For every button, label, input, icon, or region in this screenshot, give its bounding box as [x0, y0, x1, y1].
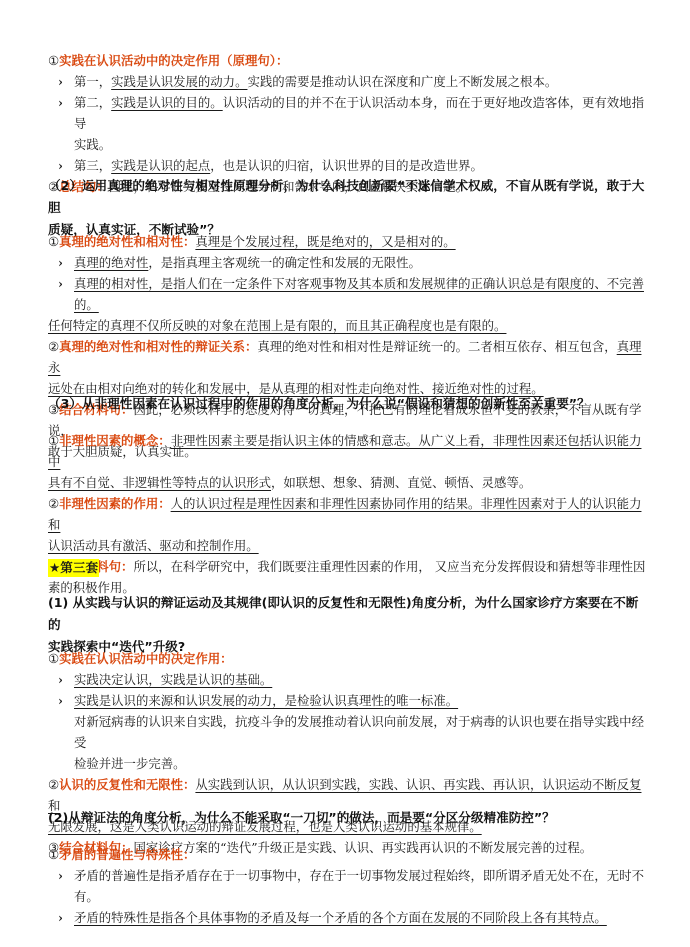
text-line: ②真理的绝对性和相对性的辩证关系：真理的绝对性和相对性是辩证统一的。二者相互依存… — [48, 336, 648, 378]
bullet-line: 实践是认识的来源和认识发展的动力，是检验认识真理性的唯一标准。 — [48, 690, 648, 711]
text-segment: （2）运用真理的绝对性与相对性原理分析，为什么科技创新要“不迷信学术权威，不盲从… — [48, 178, 644, 215]
text-segment: ① — [48, 433, 59, 448]
text-segment: 第二， — [74, 95, 111, 110]
underlined-key-text: 认识活动具有激活、驱动和控制作用。 — [48, 538, 259, 553]
text-line: ①矛盾的普遍性与特殊性： — [48, 844, 648, 865]
section-heading: ★第三套 — [48, 557, 648, 578]
text-segment: 检验并进一步完善。 — [74, 756, 186, 771]
question-heading: (2)从辩证法的角度分析，为什么不能采取“一刀切”的做法，而是要“分区分级精准防… — [48, 807, 648, 829]
text-segment: (1) 从实践与认识的辩证运动及其规律(即认识的反复性和无限性)角度分析，为什么… — [48, 595, 638, 632]
text-line: 任何特定的真理不仅所反映的对象在范围上是有限的，而且其正确程度也是有限的。 — [48, 315, 648, 336]
underlined-key-text: 矛盾的特殊性是指各个具体事物的矛盾及每一个矛盾的各个方面在发展的不同阶段上各有其… — [74, 910, 607, 925]
underlined-key-text: 实践是认识发展的动力。 — [111, 74, 247, 89]
section-title-highlight: ★第三套 — [48, 559, 99, 577]
text-segment: ② — [48, 777, 59, 792]
text-segment: ① — [48, 53, 59, 68]
text-segment: 第一， — [74, 74, 111, 89]
underlined-key-text: 具有不自觉、非逻辑性等特点的认识形式 — [48, 475, 271, 490]
point-label: 矛盾的普遍性与特殊性： — [59, 847, 195, 862]
text-segment: 实践的需要是推动认识在深度和广度上不断发展之根本。 — [247, 74, 557, 89]
text-segment: ，如联想、想象、猜测、直觉、顿悟、灵感等。 — [271, 475, 531, 490]
bullet-line: 第三，实践是认识的起点，也是认识的归宿，认识世界的目的是改造世界。 — [48, 155, 648, 176]
underlined-key-text: 实践是认识的来源和认识发展的动力，是检验认识真理性的唯一标准。 — [74, 693, 458, 708]
bullet-line: 第二，实践是认识的目的。认识活动的目的并不在于认识活动本身，而在于更好地改造客体… — [48, 92, 648, 134]
text-line: ②非理性因素的作用：人的认识过程是理性因素和非理性因素协同作用的结果。非理性因素… — [48, 493, 648, 535]
document-page: ①实践在认识活动中的决定作用（原理句）：第一，实践是认识发展的动力。实践的需要是… — [0, 0, 690, 947]
text-line: 检验并进一步完善。 — [48, 753, 648, 774]
question-heading: （3）从非理性因素在认识过程中的作用的角度分析，为什么说“假设和猜想的创新性至关… — [48, 393, 648, 415]
underlined-key-text: 任何特定的真理不仅所反映的对象在范围上是有限的，而且其正确程度也是有限的。 — [48, 318, 506, 333]
bullet-line: 矛盾的普遍性是指矛盾存在于一切事物中，存在于一切事物发展过程始终，即所谓矛盾无处… — [48, 865, 648, 907]
text-line: ①实践在认识活动中的决定作用： — [48, 648, 648, 669]
text-line: ①真理的绝对性和相对性：真理是个发展过程，既是绝对的，又是相对的。 — [48, 231, 648, 252]
text-line: 具有不自觉、非逻辑性等特点的认识形式，如联想、想象、猜测、直觉、顿悟、灵感等。 — [48, 472, 648, 493]
text-segment: ，也是认识的归宿，认识世界的目的是改造世界。 — [210, 158, 483, 173]
text-segment: (2)从辩证法的角度分析，为什么不能采取“一刀切”的做法，而是要“分区分级精准防… — [48, 810, 555, 825]
text-segment: 对新冠病毒的认识来自实践，抗疫斗争的发展推动着认识向前发展，对于病毒的认识也要在… — [74, 714, 644, 750]
text-segment: （3）从非理性因素在认识过程中的作用的角度分析，为什么说“假设和猜想的创新性至关… — [48, 396, 590, 411]
bullet-line: 实践决定认识，实践是认识的基础。 — [48, 669, 648, 690]
bullet-line: 真理的绝对性，是指真理主客观统一的确定性和发展的无限性。 — [48, 252, 648, 273]
point-label: 真理的绝对性和相对性： — [59, 234, 195, 249]
text-line: (2)从辩证法的角度分析，为什么不能采取“一刀切”的做法，而是要“分区分级精准防… — [48, 807, 648, 829]
text-line: 对新冠病毒的认识来自实践，抗疫斗争的发展推动着认识向前发展，对于病毒的认识也要在… — [48, 711, 648, 753]
underlined-key-text: 实践是认识的起点 — [111, 158, 210, 173]
text-segment: 第三， — [74, 158, 111, 173]
bullet-line: 第一，实践是认识发展的动力。实践的需要是推动认识在深度和广度上不断发展之根本。 — [48, 71, 648, 92]
bullet-line: 真理的相对性，是指人们在一定条件下对客观事物及其本质和发展规律的正确认识总是有限… — [48, 273, 648, 315]
text-line: 实践。 — [48, 134, 648, 155]
text-segment: ① — [48, 234, 59, 249]
point-label: 非理性因素的作用： — [59, 496, 171, 511]
point-label: 真理的绝对性和相对性的辩证关系： — [59, 339, 257, 354]
answer-paragraph: ①真理的绝对性和相对性：真理是个发展过程，既是绝对的，又是相对的。真理的绝对性，… — [48, 231, 648, 462]
point-label: 非理性因素的概念： — [59, 433, 171, 448]
text-segment: ① — [48, 847, 59, 862]
underlined-key-text: 真理是个发展过程，既是绝对的，又是相对的。 — [195, 234, 455, 249]
text-segment: 实践。 — [74, 137, 111, 152]
text-line: （2）运用真理的绝对性与相对性原理分析，为什么科技创新要“不迷信学术权威，不盲从… — [48, 175, 648, 219]
bullet-line: 矛盾的特殊性是指各个具体事物的矛盾及每一个矛盾的各个方面在发展的不同阶段上各有其… — [48, 907, 648, 928]
underlined-key-text: 真理的相对性，是指人们在一定条件下对客观事物及其本质和发展规律的正确认识总是有限… — [74, 276, 644, 312]
text-segment: ① — [48, 651, 59, 666]
underlined-key-text: 实践决定认识，实践是认识的基础。 — [74, 672, 272, 687]
underlined-key-text: 实践是认识的目的。 — [111, 95, 223, 110]
text-segment: 真理的绝对性和相对性是辩证统一的。二者相互依存、相互包含， — [257, 339, 616, 354]
point-label: 实践在认识活动中的决定作用（原理句）： — [59, 53, 288, 68]
text-segment: ② — [48, 339, 59, 354]
point-label: 实践在认识活动中的决定作用： — [59, 651, 232, 666]
text-segment: 矛盾的普遍性是指矛盾存在于一切事物中，存在于一切事物发展过程始终，即所谓矛盾无处… — [74, 868, 644, 904]
text-line: ①非理性因素的概念：非理性因素主要是指认识主体的情感和意志。从广义上看，非理性因… — [48, 430, 648, 472]
text-segment: ，是指真理主客观统一的确定性和发展的无限性。 — [148, 255, 421, 270]
point-label: 认识的反复性和无限性： — [59, 777, 195, 792]
text-line: ①实践在认识活动中的决定作用（原理句）： — [48, 50, 648, 71]
text-line: 认识活动具有激活、驱动和控制作用。 — [48, 535, 648, 556]
text-line: （3）从非理性因素在认识过程中的作用的角度分析，为什么说“假设和猜想的创新性至关… — [48, 393, 648, 415]
underlined-key-text: 真理的绝对性 — [74, 255, 148, 270]
answer-paragraph: ①矛盾的普遍性与特殊性：矛盾的普遍性是指矛盾存在于一切事物中，存在于一切事物发展… — [48, 844, 648, 928]
text-line: (1) 从实践与认识的辩证运动及其规律(即认识的反复性和无限性)角度分析，为什么… — [48, 592, 648, 636]
text-segment: ② — [48, 496, 59, 511]
